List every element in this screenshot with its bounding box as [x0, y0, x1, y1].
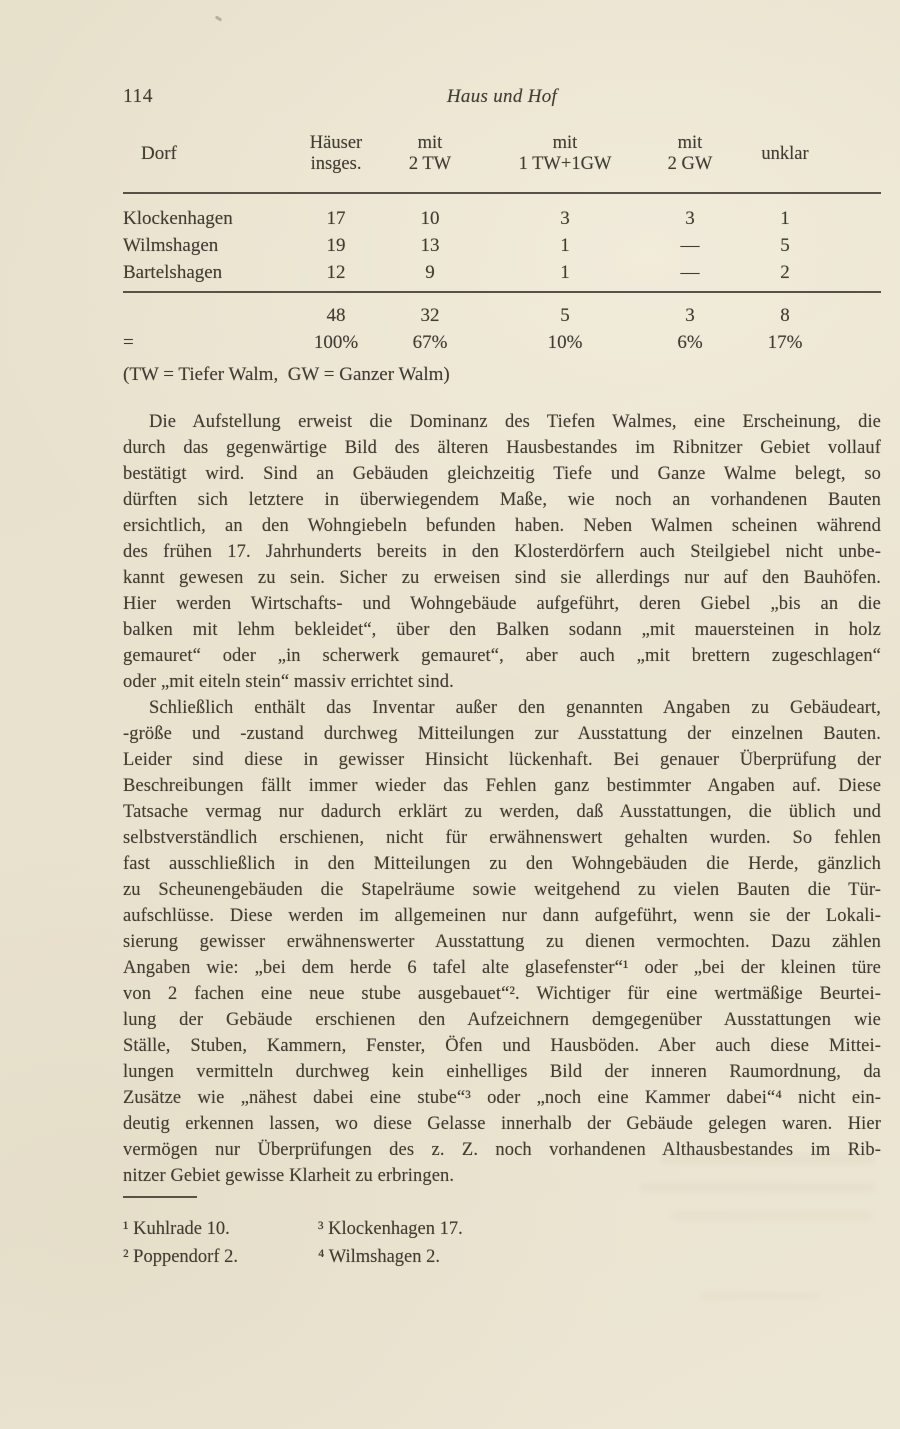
page-content: 114 Haus und Hof Dorf Häuser insges. mit… — [123, 0, 881, 1271]
ink-bleedthrough — [700, 1292, 820, 1300]
footnote-2: ² Poppendorf 2. — [123, 1243, 318, 1271]
table-body: Klockenhagen 17 10 3 3 1 Wilmshagen 19 1… — [123, 194, 881, 286]
text-line: lungen vermitteln durchweg kein einhelli… — [123, 1059, 881, 1085]
text-line: Beschreibungen fällt immer wieder das Fe… — [123, 773, 881, 799]
table-row: Klockenhagen 17 10 3 3 1 — [123, 205, 881, 232]
table-percent-row: = 100% 67% 10% 6% 17% — [123, 329, 881, 356]
text-line: bestätigt wird. Sind an Gebäuden gleichz… — [123, 461, 881, 487]
text-line: Angaben wie: „bei dem herde 6 tafel alte… — [123, 955, 881, 981]
text-line: dürften sich letztere in überwiegendem M… — [123, 487, 881, 513]
equals-sign: = — [123, 332, 291, 354]
text-line: Hier werden Wirtschafts- und Wohngebäude… — [123, 591, 881, 617]
text-line: aufschlüsse. Diese werden im allgemeinen… — [123, 903, 881, 929]
text-line: durch das gegenwärtige Bild des älteren … — [123, 435, 881, 461]
text-line: Leider sind diese in gewisser Hinsicht l… — [123, 747, 881, 773]
table-totals-row: 48 32 5 3 8 — [123, 302, 881, 329]
text-line: Schließlich enthält das Inventar außer d… — [123, 695, 881, 721]
column-header-mit-2tw: mit 2 TW — [381, 133, 479, 175]
column-header-haeuser-insges: Häuser insges. — [291, 133, 381, 175]
text-line: lung der Gebäude erschienen den Aufzeich… — [123, 1007, 881, 1033]
footnote-separator-rule — [123, 1196, 197, 1198]
text-line: des frühen 17. Jahrhunderts bereits in d… — [123, 539, 881, 565]
table-row: Bartelshagen 12 9 1 — 2 — [123, 259, 881, 286]
page-header: 114 Haus und Hof — [123, 86, 881, 110]
text-line: ersichtlich, an den Wohngiebeln befunden… — [123, 513, 881, 539]
table-rule-middle — [123, 291, 881, 293]
scanned-book-page: 114 Haus und Hof Dorf Häuser insges. mit… — [0, 0, 900, 1429]
column-header-unklar: unklar — [729, 144, 841, 165]
text-line: -größe und -zustand durchweg Mitteilunge… — [123, 721, 881, 747]
text-line: kannt gewesen zu sein. Sicher zu erweise… — [123, 565, 881, 591]
column-header-dorf: Dorf — [123, 143, 291, 165]
text-line: Zusätze wie „nähest dabei eine stube“³ o… — [123, 1085, 881, 1111]
text-line: deutig erkennen lassen, wo diese Gelasse… — [123, 1111, 881, 1137]
table-legend: (TW = Tiefer Walm, GW = Ganzer Walm) — [123, 362, 881, 388]
page-number: 114 — [123, 86, 153, 108]
text-line: vermögen nur Überprüfungen des z. Z. noc… — [123, 1137, 881, 1163]
column-header-mit-2gw: mit 2 GW — [651, 133, 729, 175]
footnotes: ¹ Kuhlrade 10. ³ Klockenhagen 17. ² Popp… — [123, 1215, 881, 1271]
text-line: sierung gewisser erwähnenswerter Ausstat… — [123, 929, 881, 955]
text-line: zu Scheunengebäuden die Stapelräume sowi… — [123, 877, 881, 903]
paragraph: Schließlich enthält das Inventar außer d… — [123, 695, 881, 1189]
paragraph: Die Aufstellung erweist die Dominanz des… — [123, 409, 881, 695]
text-line: oder „mit eiteln stein“ massiv errichtet… — [123, 669, 881, 695]
footnote-3: ³ Klockenhagen 17. — [318, 1215, 881, 1243]
village-name: Klockenhagen — [123, 205, 291, 232]
text-line: Ställe, Stuben, Kammern, Fenster, Öfen u… — [123, 1033, 881, 1059]
text-line: balken mit lehm bekleidet“, über den Bal… — [123, 617, 881, 643]
village-name: Wilmshagen — [123, 232, 291, 259]
column-header-mit-1tw-1gw: mit 1 TW+1GW — [479, 133, 651, 175]
text-line: nitzer Gebiet gewisse Klarheit zu erbrin… — [123, 1163, 881, 1189]
table-row: Wilmshagen 19 13 1 — 5 — [123, 232, 881, 259]
text-line: von 2 fachen eine neue stube ausgebauet“… — [123, 981, 881, 1007]
text-line: Tatsache vermag nur dadurch erklärt zu w… — [123, 799, 881, 825]
running-title: Haus und Hof — [123, 86, 881, 108]
footnote-1: ¹ Kuhlrade 10. — [123, 1215, 318, 1243]
text-line: gemauret“ oder „in scherwerk gemauret“, … — [123, 643, 881, 669]
text-line: selbstverständlich erschienen, nicht für… — [123, 825, 881, 851]
body-text: Die Aufstellung erweist die Dominanz des… — [123, 409, 881, 1189]
walm-statistics-table: Dorf Häuser insges. mit 2 TW mit 1 TW+1G… — [123, 132, 881, 388]
text-line: Die Aufstellung erweist die Dominanz des… — [123, 409, 881, 435]
table-header-row: Dorf Häuser insges. mit 2 TW mit 1 TW+1G… — [123, 132, 881, 176]
text-line: fast ausschließlich in den Mitteilungen … — [123, 851, 881, 877]
footnote-4: ⁴ Wilmshagen 2. — [318, 1243, 881, 1271]
village-name: Bartelshagen — [123, 259, 291, 286]
